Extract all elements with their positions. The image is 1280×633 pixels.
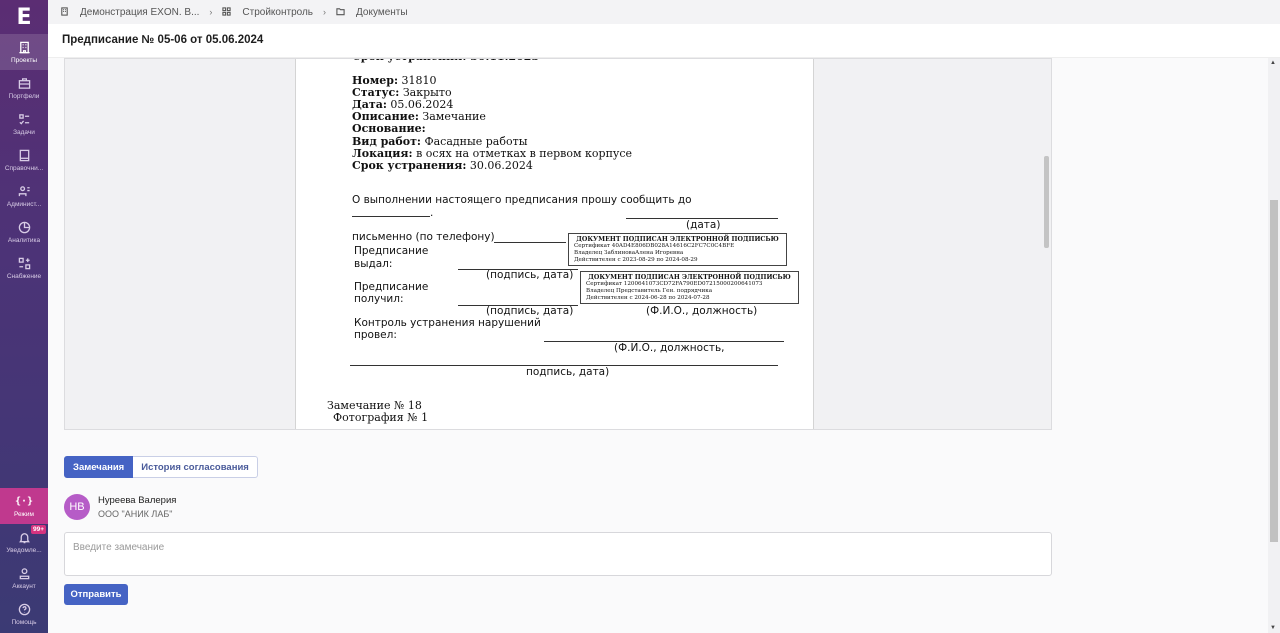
help-icon xyxy=(17,602,31,616)
sidebar-item-projects[interactable]: Проекты xyxy=(0,34,48,70)
document-field-deadline: Срок устранения: 30.06.2024 xyxy=(352,159,533,172)
braces-icon: {·} xyxy=(17,494,31,508)
breadcrumb: Демонстрация EXON. B... › Стройконтроль … xyxy=(48,0,1280,24)
comment-author-name: Нуреева Валерия xyxy=(98,495,176,506)
written-text: письменно (по телефону) xyxy=(352,231,495,243)
photo-number: Фотография № 1 xyxy=(333,411,428,424)
tab-remarks[interactable]: Замечания xyxy=(64,456,133,478)
book-icon xyxy=(17,148,31,162)
sign-date-caption: (подпись, дата) xyxy=(486,269,573,281)
scroll-down-icon[interactable]: ▼ xyxy=(1270,625,1276,631)
signature-stamp: ДОКУМЕНТ ПОДПИСАН ЭЛЕКТРОННОЙ ПОДПИСЬЮ С… xyxy=(580,271,799,304)
folder-icon xyxy=(336,7,346,17)
sidebar-item-label: Помощь xyxy=(11,619,36,626)
breadcrumb-label: Стройконтроль xyxy=(242,7,313,18)
comment-author-org: ООО "АНИК ЛАБ" xyxy=(98,509,172,519)
bell-icon xyxy=(17,530,31,544)
document-cut-line: Срок устранения: 30.11.2023 xyxy=(352,58,539,63)
chevron-right-icon: › xyxy=(209,7,212,17)
breadcrumb-item-project[interactable]: Демонстрация EXON. B... xyxy=(60,7,199,18)
received-label: Предписание xyxy=(354,281,428,293)
control-label: Контроль устранения нарушений xyxy=(354,317,541,329)
received-label: получил: xyxy=(354,293,404,305)
grid-icon xyxy=(222,7,232,17)
remark-input[interactable] xyxy=(64,532,1052,576)
scroll-up-icon[interactable]: ▲ xyxy=(1270,60,1276,66)
tabs: Замечания История согласования xyxy=(64,456,258,478)
page-title: Предписание № 05-06 от 05.06.2024 xyxy=(62,34,263,46)
avatar: НВ xyxy=(64,494,90,520)
viewer-scrollbar[interactable] xyxy=(1044,156,1049,248)
sidebar-item-label: Портфели xyxy=(9,93,40,100)
page-header: Предписание № 05-06 от 05.06.2024 xyxy=(48,24,1280,58)
page-scrollbar[interactable]: ▲ ▼ xyxy=(1268,58,1280,633)
sidebar-item-account[interactable]: Аккаунт xyxy=(0,560,48,596)
sidebar-item-mode[interactable]: {·} Режим xyxy=(0,488,48,524)
sidebar: E Проекты Портфели Задачи Справочни... А… xyxy=(0,0,48,633)
sidebar-item-portfolios[interactable]: Портфели xyxy=(0,70,48,106)
building-icon xyxy=(17,40,31,54)
tasks-icon xyxy=(17,112,31,126)
sidebar-item-label: Уведомле... xyxy=(6,547,41,554)
notification-badge: 99+ xyxy=(31,525,46,534)
sidebar-item-label: Админист... xyxy=(7,201,41,208)
users-admin-icon xyxy=(17,184,31,198)
document-page: Срок устранения: 30.11.2023 Номер: 31810… xyxy=(295,58,814,430)
sidebar-item-label: Режим xyxy=(14,511,34,518)
sidebar-item-admin[interactable]: Админист... xyxy=(0,178,48,214)
sidebar-item-label: Справочни... xyxy=(5,165,43,172)
document-field-basis: Основание: xyxy=(352,122,426,135)
document-viewer[interactable]: Срок устранения: 30.11.2023 Номер: 31810… xyxy=(64,58,1052,430)
chevron-right-icon: › xyxy=(323,7,326,17)
sidebar-item-tasks[interactable]: Задачи xyxy=(0,106,48,142)
breadcrumb-item-construction-control[interactable]: Стройконтроль xyxy=(222,7,313,18)
sidebar-item-analytics[interactable]: Аналитика xyxy=(0,214,48,250)
sidebar-item-supply[interactable]: Снабжение xyxy=(0,250,48,286)
sign-date-caption: подпись, дата) xyxy=(526,366,609,378)
user-icon xyxy=(17,566,31,580)
app-logo[interactable]: E xyxy=(0,0,48,34)
notify-text: О выполнении настоящего предписания прош… xyxy=(352,194,692,206)
building-icon xyxy=(60,7,70,17)
signature-stamp: ДОКУМЕНТ ПОДПИСАН ЭЛЕКТРОННОЙ ПОДПИСЬЮ С… xyxy=(568,233,787,266)
sidebar-item-label: Задачи xyxy=(13,129,35,136)
issued-label: Предписание xyxy=(354,245,428,257)
supply-icon xyxy=(17,256,31,270)
sign-date-caption: (подпись, дата) xyxy=(486,305,573,317)
date-line xyxy=(352,216,430,217)
breadcrumb-label: Демонстрация EXON. B... xyxy=(80,7,199,18)
sidebar-item-notifications[interactable]: Уведомле... 99+ xyxy=(0,524,48,560)
send-button[interactable]: Отправить xyxy=(64,584,128,605)
sidebar-item-reference[interactable]: Справочни... xyxy=(0,142,48,178)
sidebar-item-label: Снабжение xyxy=(7,273,41,280)
fio-caption: (Ф.И.О., должность) xyxy=(646,305,757,317)
breadcrumb-label: Документы xyxy=(356,7,408,18)
sidebar-item-help[interactable]: Помощь xyxy=(0,596,48,632)
date-caption: (дата) xyxy=(686,219,720,231)
tab-approval-history[interactable]: История согласования xyxy=(133,456,258,478)
sidebar-item-label: Проекты xyxy=(11,57,37,64)
control-label: провел: xyxy=(354,329,397,341)
sidebar-item-label: Аккаунт xyxy=(12,583,36,590)
scrollbar-thumb[interactable] xyxy=(1270,200,1278,542)
fio-caption: (Ф.И.О., должность, xyxy=(614,342,725,354)
issued-label: выдал: xyxy=(354,258,392,270)
sidebar-item-label: Аналитика xyxy=(8,237,40,244)
breadcrumb-item-documents[interactable]: Документы xyxy=(336,7,408,18)
briefcase-icon xyxy=(17,76,31,90)
chart-pie-icon xyxy=(17,220,31,234)
